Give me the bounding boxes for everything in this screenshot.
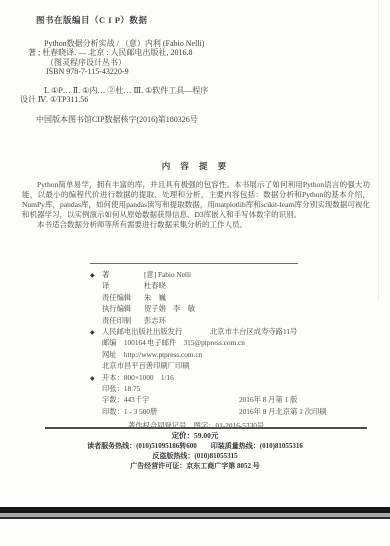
credit-rows: ◆ 著 [意] Fabio Nelli 译 杜春晓 责任编辑 朱 巍 执行编辑 … — [90, 264, 370, 418]
diamond-bullet-icon: ◆ — [90, 375, 102, 382]
ad-license: 广告经营许可证：京东工商广字第 8052 号 — [20, 461, 370, 471]
cip-line-title: Python数据分析实战 / （意）内利 (Fabio Nelli) — [44, 39, 368, 49]
cip-line-author: 著 ; 杜春晓译. — 北京 : 人民邮电出版社, 2016.8 — [28, 48, 368, 58]
piracy-hotline: 反盗版热线：(010)81055315 — [20, 451, 370, 461]
credit-row-print-supervisor: 责任印制 彭志环 — [90, 316, 370, 327]
cip-line-classification-2: 设计 Ⅳ. ①TP311.56 — [20, 95, 368, 105]
cip-block: 图书在版编目（C I P）数据 Python数据分析实战 / （意）内利 (Fa… — [20, 16, 368, 124]
summary-heading: 内 容 提 要 — [22, 160, 370, 172]
publication-credits: ◆ 著 [意] Fabio Nelli 译 杜春晓 责任编辑 朱 巍 执行编辑 … — [90, 263, 370, 431]
cip-record-number: 中国版本图书馆CIP数据核字(2016)第180326号 — [36, 115, 368, 125]
footer-block: 定价：59.00元 读者服务热线：(010)51095186转600印装质量热线… — [20, 431, 370, 471]
cip-line-classification-1: Ⅰ. ①P… Ⅱ. ①内… ②杜… Ⅲ. ①软件工具—程序 — [44, 86, 368, 96]
credit-row-printrun-impression: 印数：1 - 3 500册 2016年 8 月北京第 1 次印刷 — [90, 407, 370, 418]
scan-page-edge-right — [378, 0, 379, 300]
scan-page-edge-bottom — [0, 507, 390, 519]
price: 定价：59.00元 — [20, 431, 370, 441]
credit-row-editor: 责任编辑 朱 巍 — [90, 293, 370, 304]
diamond-bullet-icon: ◆ — [90, 329, 102, 336]
credit-row-website: 网址 http://www.ptpress.com.cn — [90, 350, 370, 361]
content-summary: 内 容 提 要 Python简单易学，拥有丰富的库，并且具有极强的包容性。本书展… — [22, 160, 370, 230]
scan-edge-dark-line — [0, 517, 390, 519]
credit-row-sheets: 印张：18.75 — [90, 384, 370, 395]
credit-row-translator: 译 杜春晓 — [90, 281, 370, 292]
cip-header: 图书在版编目（C I P）数据 — [36, 16, 368, 26]
diamond-bullet-icon: ◆ — [90, 272, 102, 279]
credit-row-printer: 北京市昌平百善印刷厂印刷 — [90, 361, 370, 372]
credit-row-author: ◆ 著 [意] Fabio Nelli — [90, 270, 370, 281]
summary-paragraph-1: Python简单易学，拥有丰富的库，并且具有极强的包容性。本书展示了如何利用Py… — [22, 180, 370, 220]
quality-hotline: 印装质量热线：(010)81055316 — [211, 442, 303, 450]
credit-row-postcode-email: 邮编 100164 电子邮件 315@ptpress.com.cn — [90, 338, 370, 349]
credit-row-executive-editor: 执行编辑 贺子娟 李 敏 — [90, 304, 370, 315]
cip-line-isbn: ISBN 978-7-115-43220-9 — [46, 67, 368, 77]
credit-row-wordcount-edition: 字数：443千字 2016年 8 月第 1 版 — [90, 395, 370, 406]
hotline-row-1: 读者服务热线：(010)51095186转600印装质量热线：(010)8105… — [20, 441, 370, 451]
reader-hotline: 读者服务热线：(010)51095186转600 — [87, 442, 197, 450]
cip-line-series: （图灵程序设计丛书） — [46, 58, 368, 68]
footer-rule — [45, 427, 367, 429]
credit-row-format: ◆ 开本：800×1000 1/16 — [90, 373, 370, 384]
credit-row-publisher: ◆ 人民邮电出版社出版发行 北京市丰台区成寿寺路11号 — [90, 327, 370, 338]
summary-paragraph-2: 本书适合数据分析师等所有需要进行数据采集分析的工作人员。 — [22, 220, 370, 230]
book-copyright-page: 图书在版编目（C I P）数据 Python数据分析实战 / （意）内利 (Fa… — [0, 0, 390, 546]
